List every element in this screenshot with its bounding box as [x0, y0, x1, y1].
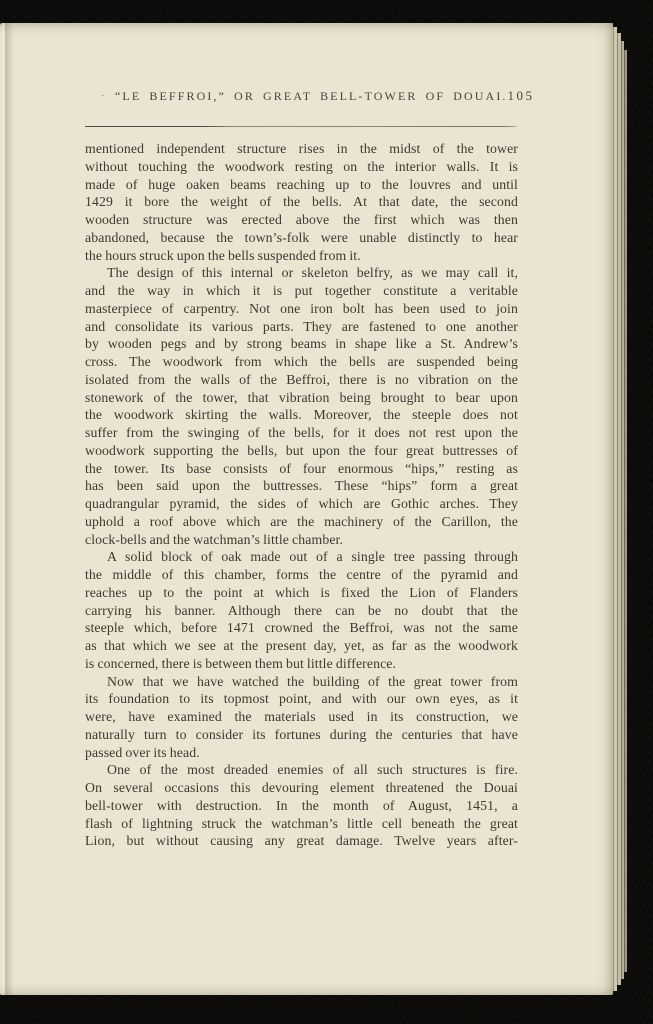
- fore-edge-page-4: [624, 50, 627, 972]
- running-head: · “LE BEFFROI,” OR GREAT BELL-TOWER OF D…: [85, 88, 517, 106]
- text-line: isolated from the walls of the Beffroi, …: [85, 371, 518, 389]
- text-line: flash of lightning struck the watchman’s…: [85, 815, 518, 833]
- paragraph: A solid block of oak made out of a singl…: [85, 548, 518, 672]
- text-line: The design of this internal or skeleton …: [85, 264, 518, 282]
- text-line: uphold a roof above which are the machin…: [85, 513, 518, 531]
- page-number: 105: [508, 88, 535, 104]
- text-line: stonework of the tower, that vibration b…: [85, 389, 518, 407]
- running-title: “LE BEFFROI,” OR GREAT BELL-TOWER OF DOU…: [115, 89, 508, 104]
- text-line: and the way in which it is put together …: [85, 282, 518, 300]
- text-line: cross. The woodwork from which the bells…: [85, 353, 518, 371]
- text-line: masterpiece of carpentry. Not one iron b…: [85, 300, 518, 318]
- paragraph: One of the most dreaded enemies of all s…: [85, 761, 518, 850]
- text-line: the middle of this chamber, forms the ce…: [85, 566, 518, 584]
- print-artifact-dot: ·: [101, 90, 105, 102]
- text-line: mentioned independent structure rises in…: [85, 140, 518, 158]
- text-line: Lion, but without causing any great dama…: [85, 832, 518, 850]
- text-line: 1429 it bore the weight of the bells. At…: [85, 193, 518, 211]
- text-line: by wooden pegs and by strong beams in sh…: [85, 335, 518, 353]
- paragraph: Now that we have watched the building of…: [85, 673, 518, 762]
- text-line: quadrangular pyramid, the sides of which…: [85, 495, 518, 513]
- text-line: the woodwork skirting the walls. Moreove…: [85, 406, 518, 424]
- text-line: as that which we see at the present day,…: [85, 637, 518, 655]
- paragraph: mentioned independent structure rises in…: [85, 140, 518, 264]
- header-rule: [85, 126, 517, 127]
- text-line: One of the most dreaded enemies of all s…: [85, 761, 518, 779]
- text-line: bell-tower with destruction. In the mont…: [85, 797, 518, 815]
- text-line: made of huge oaken beams reaching up to …: [85, 176, 518, 194]
- paragraph: The design of this internal or skeleton …: [85, 264, 518, 548]
- text-line: naturally turn to consider its fortunes …: [85, 726, 518, 744]
- text-line: woodwork supporting the bells, but upon …: [85, 442, 518, 460]
- text-line: has been said upon the buttresses. These…: [85, 477, 518, 495]
- text-line: clock-bells and the watchman’s little ch…: [85, 531, 518, 549]
- text-line: reaches up to the point at which is fixe…: [85, 584, 518, 602]
- text-line: its foundation to its topmost point, and…: [85, 690, 518, 708]
- text-line: A solid block of oak made out of a singl…: [85, 548, 518, 566]
- text-line: and consolidate its various parts. They …: [85, 318, 518, 336]
- text-block: mentioned independent structure rises in…: [85, 140, 518, 850]
- text-line: carrying his banner. Although there can …: [85, 602, 518, 620]
- text-line: steeple which, before 1471 crowned the B…: [85, 619, 518, 637]
- text-line: the tower. Its base consists of four eno…: [85, 460, 518, 478]
- text-line: wooden structure was erected above the f…: [85, 211, 518, 229]
- text-line: suffer from the swinging of the bells, f…: [85, 424, 518, 442]
- text-line: the hours struck upon the bells suspende…: [85, 247, 518, 265]
- text-line: were, have examined the materials used i…: [85, 708, 518, 726]
- text-line: On several occasions this devouring elem…: [85, 779, 518, 797]
- text-line: without touching the woodwork resting on…: [85, 158, 518, 176]
- page-left-crease-shadow: [5, 23, 14, 995]
- text-line: passed over its head.: [85, 744, 518, 762]
- text-line: is concerned, there is between them but …: [85, 655, 518, 673]
- text-line: Now that we have watched the building of…: [85, 673, 518, 691]
- text-line: abandoned, because the town’s-folk were …: [85, 229, 518, 247]
